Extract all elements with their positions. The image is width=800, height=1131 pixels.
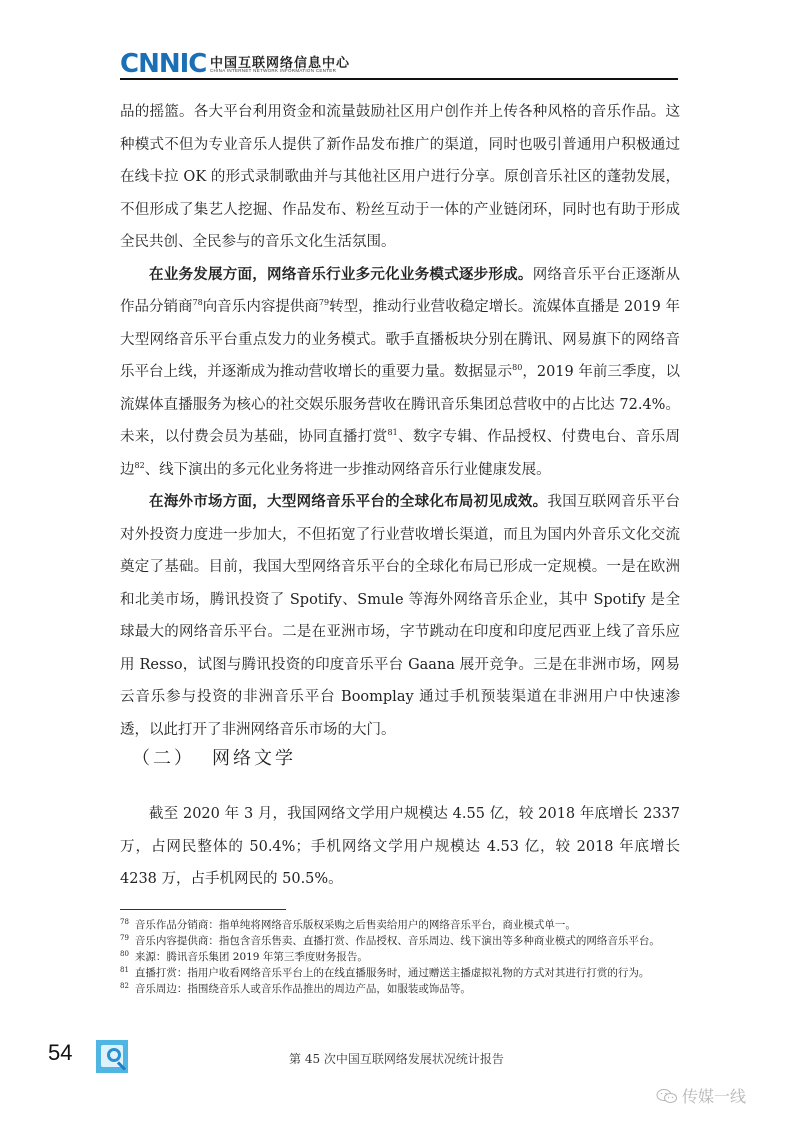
wechat-watermark: 传媒一线: [656, 1084, 746, 1107]
section-number: （二）: [132, 744, 212, 770]
footnote-divider: [120, 909, 286, 910]
paragraph-business-development: 在业务发展方面，网络音乐行业多元化业务模式逐步形成。网络音乐平台正逐渐从作品分销…: [120, 259, 680, 487]
footnote-ref-81[interactable]: 81: [387, 428, 397, 437]
footnote-81: 81直播打赏：指用户收看网络音乐平台上的在线直播服务时，通过赠送主播虚拟礼物的方…: [120, 965, 680, 981]
paragraph-overseas-market: 在海外市场方面，大型网络音乐平台的全球化布局初见成效。我国互联网音乐平台对外投资…: [120, 486, 680, 746]
cnnic-logo: CNNIC: [120, 52, 206, 76]
report-title: 第 45 次中国互联网络发展状况统计报告: [289, 1050, 504, 1067]
main-content: 品的摇篮。各大平台利用资金和流量鼓励社区用户创作并上传各种风格的音乐作品。这种模…: [120, 96, 680, 746]
paragraph-online-literature: 截至 2020 年 3 月，我国网络文学用户规模达 4.55 亿，较 2018 …: [120, 798, 680, 896]
footnote-ref-80[interactable]: 80: [512, 363, 522, 372]
section-heading: （二）网络文学: [132, 744, 296, 770]
footnote-ref-82[interactable]: 82: [135, 461, 145, 470]
org-name-en: CHINA INTERNET NETWORK INFORMATION CENTE…: [210, 68, 336, 73]
page-number: 54: [48, 1040, 72, 1066]
footnotes: 78音乐作品分销商：指单纯将网络音乐版权采购之后售卖给用户的网络音乐平台，商业模…: [120, 917, 680, 997]
report-logo-icon: [96, 1040, 128, 1073]
footnote-82: 82音乐周边：指围绕音乐人或音乐作品推出的周边产品，如服装或饰品等。: [120, 981, 680, 997]
footnote-79: 79音乐内容提供商：指包含音乐售卖、直播打赏、作品授权、音乐周边、线下演出等多种…: [120, 933, 680, 949]
footnote-ref-79[interactable]: 79: [319, 298, 329, 307]
section-title: 网络文学: [212, 748, 296, 769]
paragraph-lead-bold: 在业务发展方面，网络音乐行业多元化业务模式逐步形成。: [149, 266, 533, 283]
footnote-ref-78[interactable]: 78: [193, 298, 203, 307]
paragraph-lead-bold: 在海外市场方面，大型网络音乐平台的全球化布局初见成效。: [149, 493, 547, 510]
wechat-icon: [656, 1088, 678, 1104]
paragraph-community: 品的摇篮。各大平台利用资金和流量鼓励社区用户创作并上传各种风格的音乐作品。这种模…: [120, 96, 680, 259]
page-header: CNNIC 中国互联网络信息中心 CHINA INTERNET NETWORK …: [120, 50, 678, 80]
header-divider: [120, 78, 678, 80]
footnote-80: 80来源：腾讯音乐集团 2019 年第三季度财务报告。: [120, 949, 680, 965]
literature-section: 截至 2020 年 3 月，我国网络文学用户规模达 4.55 亿，较 2018 …: [120, 798, 680, 896]
magnifier-e-icon: [107, 1048, 121, 1062]
footnote-78: 78音乐作品分销商：指单纯将网络音乐版权采购之后售卖给用户的网络音乐平台，商业模…: [120, 917, 680, 933]
